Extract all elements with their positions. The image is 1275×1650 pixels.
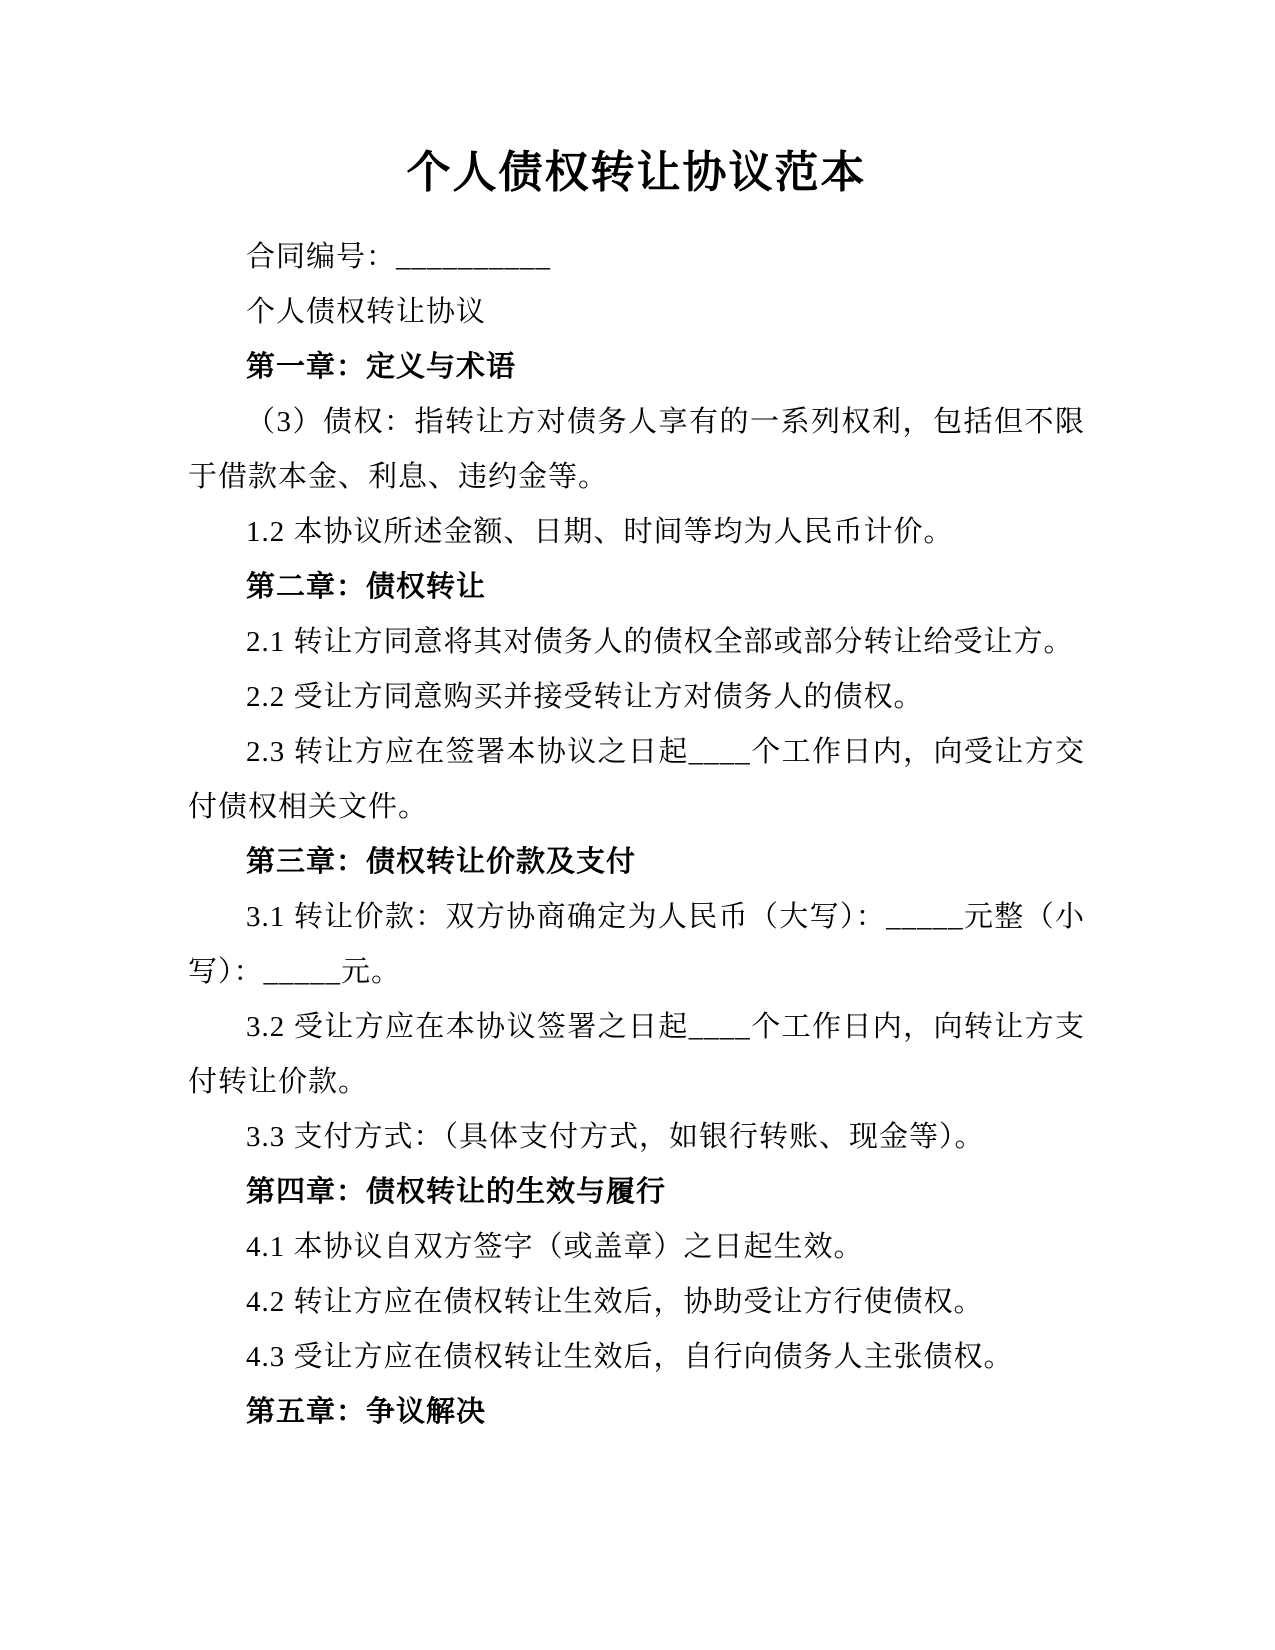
clause-4-2: 4.2 转让方应在债权转让生效后，协助受让方行使债权。 [188,1275,1085,1330]
agreement-subtitle: 个人债权转让协议 [188,285,1085,340]
clause-3-1: 3.1 转让价款：双方协商确定为人民币（大写）：_____元整（小写）：____… [188,890,1085,1000]
clause-3-2: 3.2 受让方应在本协议签署之日起____个工作日内，向转让方支付转让价款。 [188,1000,1085,1110]
contract-number-line: 合同编号：__________ [188,230,1085,285]
clause-2-1: 2.1 转让方同意将其对债务人的债权全部或部分转让给受让方。 [188,615,1085,670]
clause-1-2: 1.2 本协议所述金额、日期、时间等均为人民币计价。 [188,505,1085,560]
chapter-2-heading: 第二章：债权转让 [188,560,1085,615]
document-content: 个人债权转让协议范本 合同编号：__________ 个人债权转让协议 第一章：… [0,0,1275,1440]
clause-4-3: 4.3 受让方应在债权转让生效后，自行向债务人主张债权。 [188,1330,1085,1385]
clause-2-2: 2.2 受让方同意购买并接受转让方对债务人的债权。 [188,670,1085,725]
document-title: 个人债权转让协议范本 [188,142,1085,204]
clause-definitions-item-3: （3）债权：指转让方对债务人享有的一系列权利，包括但不限于借款本金、利息、违约金… [188,395,1085,505]
chapter-4-heading: 第四章：债权转让的生效与履行 [188,1165,1085,1220]
chapter-5-heading: 第五章：争议解决 [188,1385,1085,1440]
document-page: 个人债权转让协议范本 合同编号：__________ 个人债权转让协议 第一章：… [0,0,1275,1650]
chapter-3-heading: 第三章：债权转让价款及支付 [188,835,1085,890]
chapter-1-heading: 第一章：定义与术语 [188,340,1085,395]
clause-2-3: 2.3 转让方应在签署本协议之日起____个工作日内，向受让方交付债权相关文件。 [188,725,1085,835]
clause-4-1: 4.1 本协议自双方签字（或盖章）之日起生效。 [188,1220,1085,1275]
clause-3-3: 3.3 支付方式：（具体支付方式，如银行转账、现金等）。 [188,1110,1085,1165]
